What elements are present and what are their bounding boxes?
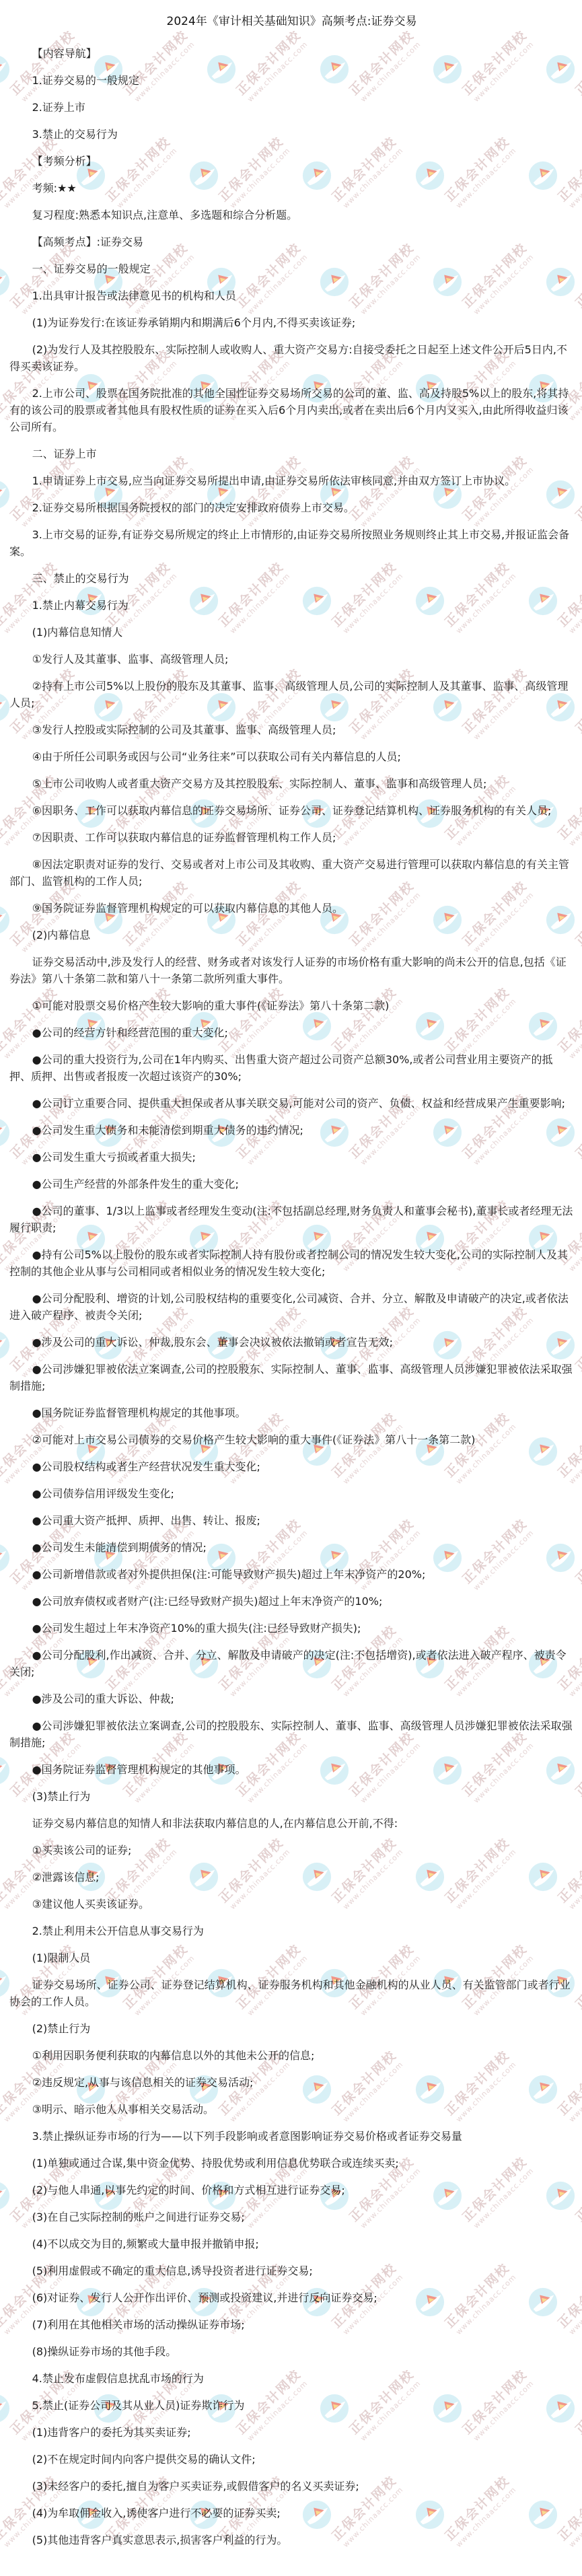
paragraph: (5)其他违背客户真实意思表示,损害客户利益的行为。 bbox=[9, 2532, 574, 2548]
paragraph: 【内容导航】 bbox=[9, 45, 574, 62]
paragraph: ●公司的董事、1/3以上监事或者经理发生变动(注:不包括副总经理,财务负责人和董… bbox=[9, 1203, 574, 1236]
paragraph: 证券交易场所、证券公司、证券登记结算机构、证券服务机构和其他金融机构的从业人员、… bbox=[9, 1976, 574, 2010]
paragraph: 【考频分析】 bbox=[9, 153, 574, 170]
paragraph: (1)单独或通过合谋,集中资金优势、持股优势或利用信息优势联合或连续买卖; bbox=[9, 2155, 574, 2172]
paragraph: 一、证券交易的一般规定 bbox=[9, 260, 574, 277]
paragraph: ●公司发生超过上年末净资产10%的重大损失(注:已经导致财产损失); bbox=[9, 1620, 574, 1637]
page-title: 2024年《审计相关基础知识》高频考点:证券交易 bbox=[9, 13, 574, 30]
document-page: 正保会计网校www.chinaacc.com正保会计网校www.chinaacc… bbox=[0, 0, 582, 2576]
paragraph: ②持有上市公司5%以上股份的股东及其董事、监事、高级管理人员,公司的实际控制人及… bbox=[9, 678, 574, 711]
paragraph: 2.上市公司、股票在国务院批准的其他全国性证券交易场所交易的公司的董、监、高及持… bbox=[9, 385, 574, 435]
paragraph: ●公司分配股利、增资的计划,公司股权结构的重要变化,公司减资、合并、分立、解散及… bbox=[9, 1290, 574, 1324]
document-content: 2024年《审计相关基础知识》高频考点:证券交易 【内容导航】1.证券交易的一般… bbox=[0, 0, 582, 2576]
paragraph: ●公司的重大投资行为,公司在1年内购买、出售重大资产超过公司资产总额30%,或者… bbox=[9, 1051, 574, 1085]
paragraph: 5.禁止(证券公司及其从业人员)证券欺诈行为 bbox=[9, 2397, 574, 2414]
paragraph: ③建议他人买卖该证券。 bbox=[9, 1896, 574, 1912]
paragraph: (3)未经客户的委托,擅自为客户买卖证券,或假借客户的名义买卖证券; bbox=[9, 2478, 574, 2495]
paragraph: ②可能对上市交易公司债券的交易价格产生较大影响的重大事件(《证券法》第八十一条第… bbox=[9, 1431, 574, 1448]
paragraph: ●涉及公司的重大诉讼、仲裁; bbox=[9, 1690, 574, 1707]
paragraph: (1)限制人员 bbox=[9, 1949, 574, 1966]
paragraph: 1.证券交易的一般规定 bbox=[9, 72, 574, 89]
paragraph: 证券交易内幕信息的知情人和非法获取内幕信息的人,在内幕信息公开前,不得: bbox=[9, 1815, 574, 1832]
paragraph: (3)在自己实际控制的账户之间进行证券交易; bbox=[9, 2209, 574, 2225]
document-paragraphs: 【内容导航】1.证券交易的一般规定2.证券上市3.禁止的交易行为【考频分析】考频… bbox=[9, 45, 574, 2548]
paragraph: 3.禁止的交易行为 bbox=[9, 126, 574, 143]
paragraph: ●公司重大资产抵押、质押、出售、转让、报废; bbox=[9, 1512, 574, 1529]
paragraph: 1.申请证券上市交易,应当向证券交易所提出申请,由证券交易所依法审核同意,并由双… bbox=[9, 472, 574, 489]
paragraph: ●公司的经营方针和经营范围的重大变化; bbox=[9, 1024, 574, 1041]
paragraph: ③明示、暗示他人从事相关交易活动。 bbox=[9, 2101, 574, 2118]
paragraph: (5)利用虚假或不确定的重大信息,诱导投资者进行证券交易; bbox=[9, 2262, 574, 2279]
paragraph: 1.出具审计报告或法律意见书的机构和人员 bbox=[9, 287, 574, 304]
paragraph: ●公司分配股利,作出减资、合并、分立、解散及申请破产的决定(注:不包括增资),或… bbox=[9, 1647, 574, 1680]
paragraph: (7)利用在其他相关市场的活动操纵证券市场; bbox=[9, 2316, 574, 2333]
paragraph: 二、证券上市 bbox=[9, 445, 574, 462]
paragraph: (4)不以成交为目的,频繁或大量申报并撤销申报; bbox=[9, 2235, 574, 2252]
paragraph: 【高频考点】:证券交易 bbox=[9, 234, 574, 250]
paragraph: ②违反规定,从事与该信息相关的证券交易活动; bbox=[9, 2074, 574, 2091]
paragraph: 三、禁止的交易行为 bbox=[9, 570, 574, 587]
paragraph: (2)与他人串通,以事先约定的时间、价格和方式相互进行证券交易; bbox=[9, 2182, 574, 2198]
paragraph: (1)违背客户的委托为其买卖证券; bbox=[9, 2424, 574, 2441]
paragraph: 2.禁止利用未公开信息从事交易行为 bbox=[9, 1923, 574, 1939]
paragraph: ●公司发生未能清偿到期债务的情况; bbox=[9, 1539, 574, 1556]
paragraph: (4)为牟取佣金收入,诱使客户进行不必要的证券买卖; bbox=[9, 2505, 574, 2521]
paragraph: ●公司发生重大亏损或者重大损失; bbox=[9, 1149, 574, 1166]
paragraph: ①买卖该公司的证券; bbox=[9, 1842, 574, 1859]
paragraph: ④由于所任公司职务或因与公司“业务往来”可以获取公司有关内幕信息的人员; bbox=[9, 748, 574, 765]
paragraph: 1.禁止内幕交易行为 bbox=[9, 597, 574, 614]
paragraph: ●持有公司5%以上股份的股东或者实际控制人持有股份或者控制公司的情况发生较大变化… bbox=[9, 1246, 574, 1280]
paragraph: ●公司股权结构或者生产经营状况发生重大变化; bbox=[9, 1458, 574, 1475]
paragraph: ●公司涉嫌犯罪被依法立案调查,公司的控股股东、实际控制人、董事、监事、高级管理人… bbox=[9, 1361, 574, 1394]
paragraph: ⑤上市公司收购人或者重大资产交易方及其控股股东、实际控制人、董事、监事和高级管理… bbox=[9, 775, 574, 792]
paragraph: (2)为发行人及其控股股东、实际控制人或收购人、重大资产交易方:自接受委托之日起… bbox=[9, 341, 574, 375]
paragraph: ●公司发生重大债务和未能清偿到期重大债务的违约情况; bbox=[9, 1122, 574, 1139]
paragraph: ⑨国务院证券监督管理机构规定的可以获取内幕信息的其他人员。 bbox=[9, 900, 574, 917]
paragraph: (2)内幕信息 bbox=[9, 927, 574, 943]
paragraph: (3)禁止行为 bbox=[9, 1788, 574, 1805]
paragraph: 3.禁止操纵证券市场的行为——以下列手段影响或者意图影响证券交易价格或者证券交易… bbox=[9, 2128, 574, 2145]
paragraph: 2.证券交易所根据国务院授权的部门的决定安排政府债券上市交易。 bbox=[9, 499, 574, 516]
paragraph: ⑦因职责、工作可以获取内幕信息的证券监督管理机构工作人员; bbox=[9, 829, 574, 846]
paragraph: ●国务院证券监督管理机构规定的其他事项。 bbox=[9, 1761, 574, 1778]
paragraph: 2.证券上市 bbox=[9, 99, 574, 116]
paragraph: ●涉及公司的重大诉讼、仲裁,股东会、董事会决议被依法撤销或者宣告无效; bbox=[9, 1334, 574, 1351]
paragraph: ●公司放弃债权或者财产(注:已经导致财产损失)超过上年末净资产的10%; bbox=[9, 1593, 574, 1610]
paragraph: (8)操纵证券市场的其他手段。 bbox=[9, 2343, 574, 2360]
paragraph: ●公司订立重要合同、提供重大担保或者从事关联交易,可能对公司的资产、负债、权益和… bbox=[9, 1095, 574, 1112]
paragraph: ①发行人及其董事、监事、高级管理人员; bbox=[9, 651, 574, 668]
paragraph: 4.禁止发布虚假信息扰乱市场的行为 bbox=[9, 2370, 574, 2387]
paragraph: ●公司涉嫌犯罪被依法立案调查,公司的控股股东、实际控制人、董事、监事、高级管理人… bbox=[9, 1717, 574, 1751]
paragraph: ②泄露该信息; bbox=[9, 1869, 574, 1886]
paragraph: (6)对证券、发行人公开作出评价、预测或投资建议,并进行反向证券交易; bbox=[9, 2289, 574, 2306]
paragraph: (1)内幕信息知情人 bbox=[9, 624, 574, 641]
paragraph: ●国务院证券监督管理机构规定的其他事项。 bbox=[9, 1404, 574, 1421]
paragraph: 3.上市交易的证券,有证券交易所规定的终止上市情形的,由证券交易所按照业务规则终… bbox=[9, 526, 574, 560]
paragraph: ①利用因职务便利获取的内幕信息以外的其他未公开的信息; bbox=[9, 2047, 574, 2064]
paragraph: 考频:★★ bbox=[9, 180, 574, 196]
paragraph: (2)不在规定时间内向客户提供交易的确认文件; bbox=[9, 2451, 574, 2468]
paragraph: ●公司新增借款或者对外提供担保(注:可能导致财产损失)超过上年末净资产的20%; bbox=[9, 1566, 574, 1583]
paragraph: 证券交易活动中,涉及发行人的经营、财务或者对该发行人证券的市场价格有重大影响的尚… bbox=[9, 954, 574, 987]
paragraph: (2)禁止行为 bbox=[9, 2020, 574, 2037]
paragraph: 复习程度:熟悉本知识点,注意单、多选题和综合分析题。 bbox=[9, 207, 574, 223]
paragraph: ③发行人控股或实际控制的公司及其董事、监事、高级管理人员; bbox=[9, 721, 574, 738]
paragraph: ①可能对股票交易价格产生较大影响的重大事件(《证券法》第八十条第二款) bbox=[9, 997, 574, 1014]
paragraph: ⑧因法定职责对证券的发行、交易或者对上市公司及其收购、重大资产交易进行管理可以获… bbox=[9, 856, 574, 890]
paragraph: ●公司债券信用评级发生变化; bbox=[9, 1485, 574, 1502]
paragraph: ⑥因职务、工作可以获取内幕信息的证券交易场所、证券公司、证券登记结算机构、证券服… bbox=[9, 802, 574, 819]
paragraph: ●公司生产经营的外部条件发生的重大变化; bbox=[9, 1176, 574, 1192]
paragraph: (1)为证券发行:在该证券承销期内和期满后6个月内,不得买卖该证券; bbox=[9, 314, 574, 331]
